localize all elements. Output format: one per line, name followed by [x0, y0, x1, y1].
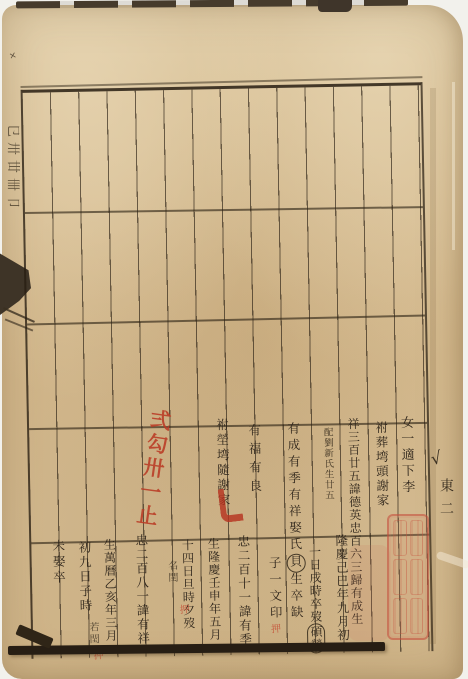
- entry-death-b: 十四日旦時夕歿: [181, 539, 195, 630]
- entry-birth-c-time: 初九日子時: [77, 541, 91, 614]
- entry-birth-c: 生萬曆乙亥年三月: [103, 538, 117, 642]
- entry-rank-b: 忠二百十一諱有季: [236, 535, 251, 647]
- entry-burial-a: 祔葬塆頭謝家: [374, 421, 388, 508]
- top-edge-blot: [318, 0, 352, 12]
- seal-glyph: [410, 559, 424, 595]
- seal-ink-smear: [348, 545, 390, 641]
- red-corner-mark: [218, 487, 244, 523]
- sons-lead-text: 有成有季有祥娶氏: [285, 422, 303, 554]
- signature-a-red-stamp: 押: [179, 600, 190, 616]
- seal-glyph: [410, 598, 424, 634]
- entry-daughter: 女一適下李: [399, 415, 414, 495]
- seal-glyph: [410, 520, 424, 556]
- sons-tail-text: 生卒缺: [288, 572, 304, 622]
- red-seal: [387, 514, 429, 640]
- sons-boxed-char: 貝: [286, 554, 305, 573]
- page-label: 東二: [439, 478, 453, 524]
- entry-sons-more: 有福有良: [247, 423, 261, 497]
- entry-note-c: 未娶卒: [51, 539, 64, 586]
- entry-wife-note: 配劉新氏生廿五: [322, 427, 333, 501]
- entry-birth-b: 生隆慶壬申年五月: [207, 537, 221, 641]
- compiler-signature-b: 若閏: [87, 622, 97, 646]
- death-a2-text: 一日戌時卒歿: [307, 545, 322, 623]
- seal-glyph: [393, 520, 407, 556]
- seal-glyph: [393, 598, 407, 634]
- fold-shadow: [430, 88, 436, 644]
- entry-death-a-2: 一日戌時卒歿碩塋: [308, 545, 322, 653]
- compiler-signature-a: 名閏: [166, 560, 176, 584]
- entry-sons-line: 有成有季有祥娶氏貝生卒缺: [286, 422, 302, 622]
- heir-red-stamp: 押: [270, 620, 281, 636]
- crease-vertical: [452, 82, 455, 250]
- scanned-genealogy-page: 㔾卅丗卌卩 × 女一適下李 祔葬塆頭謝家 祥三百廿五諱德英忠百六三歸有成生 配劉…: [0, 0, 468, 679]
- entry-death-a-1: 隆慶己巳年九月初: [334, 534, 349, 642]
- entry-heir: 子一文印: [268, 556, 282, 622]
- entry-rank-c: 忠二百八一諱有祥: [134, 534, 149, 646]
- seal-glyph: [393, 559, 407, 595]
